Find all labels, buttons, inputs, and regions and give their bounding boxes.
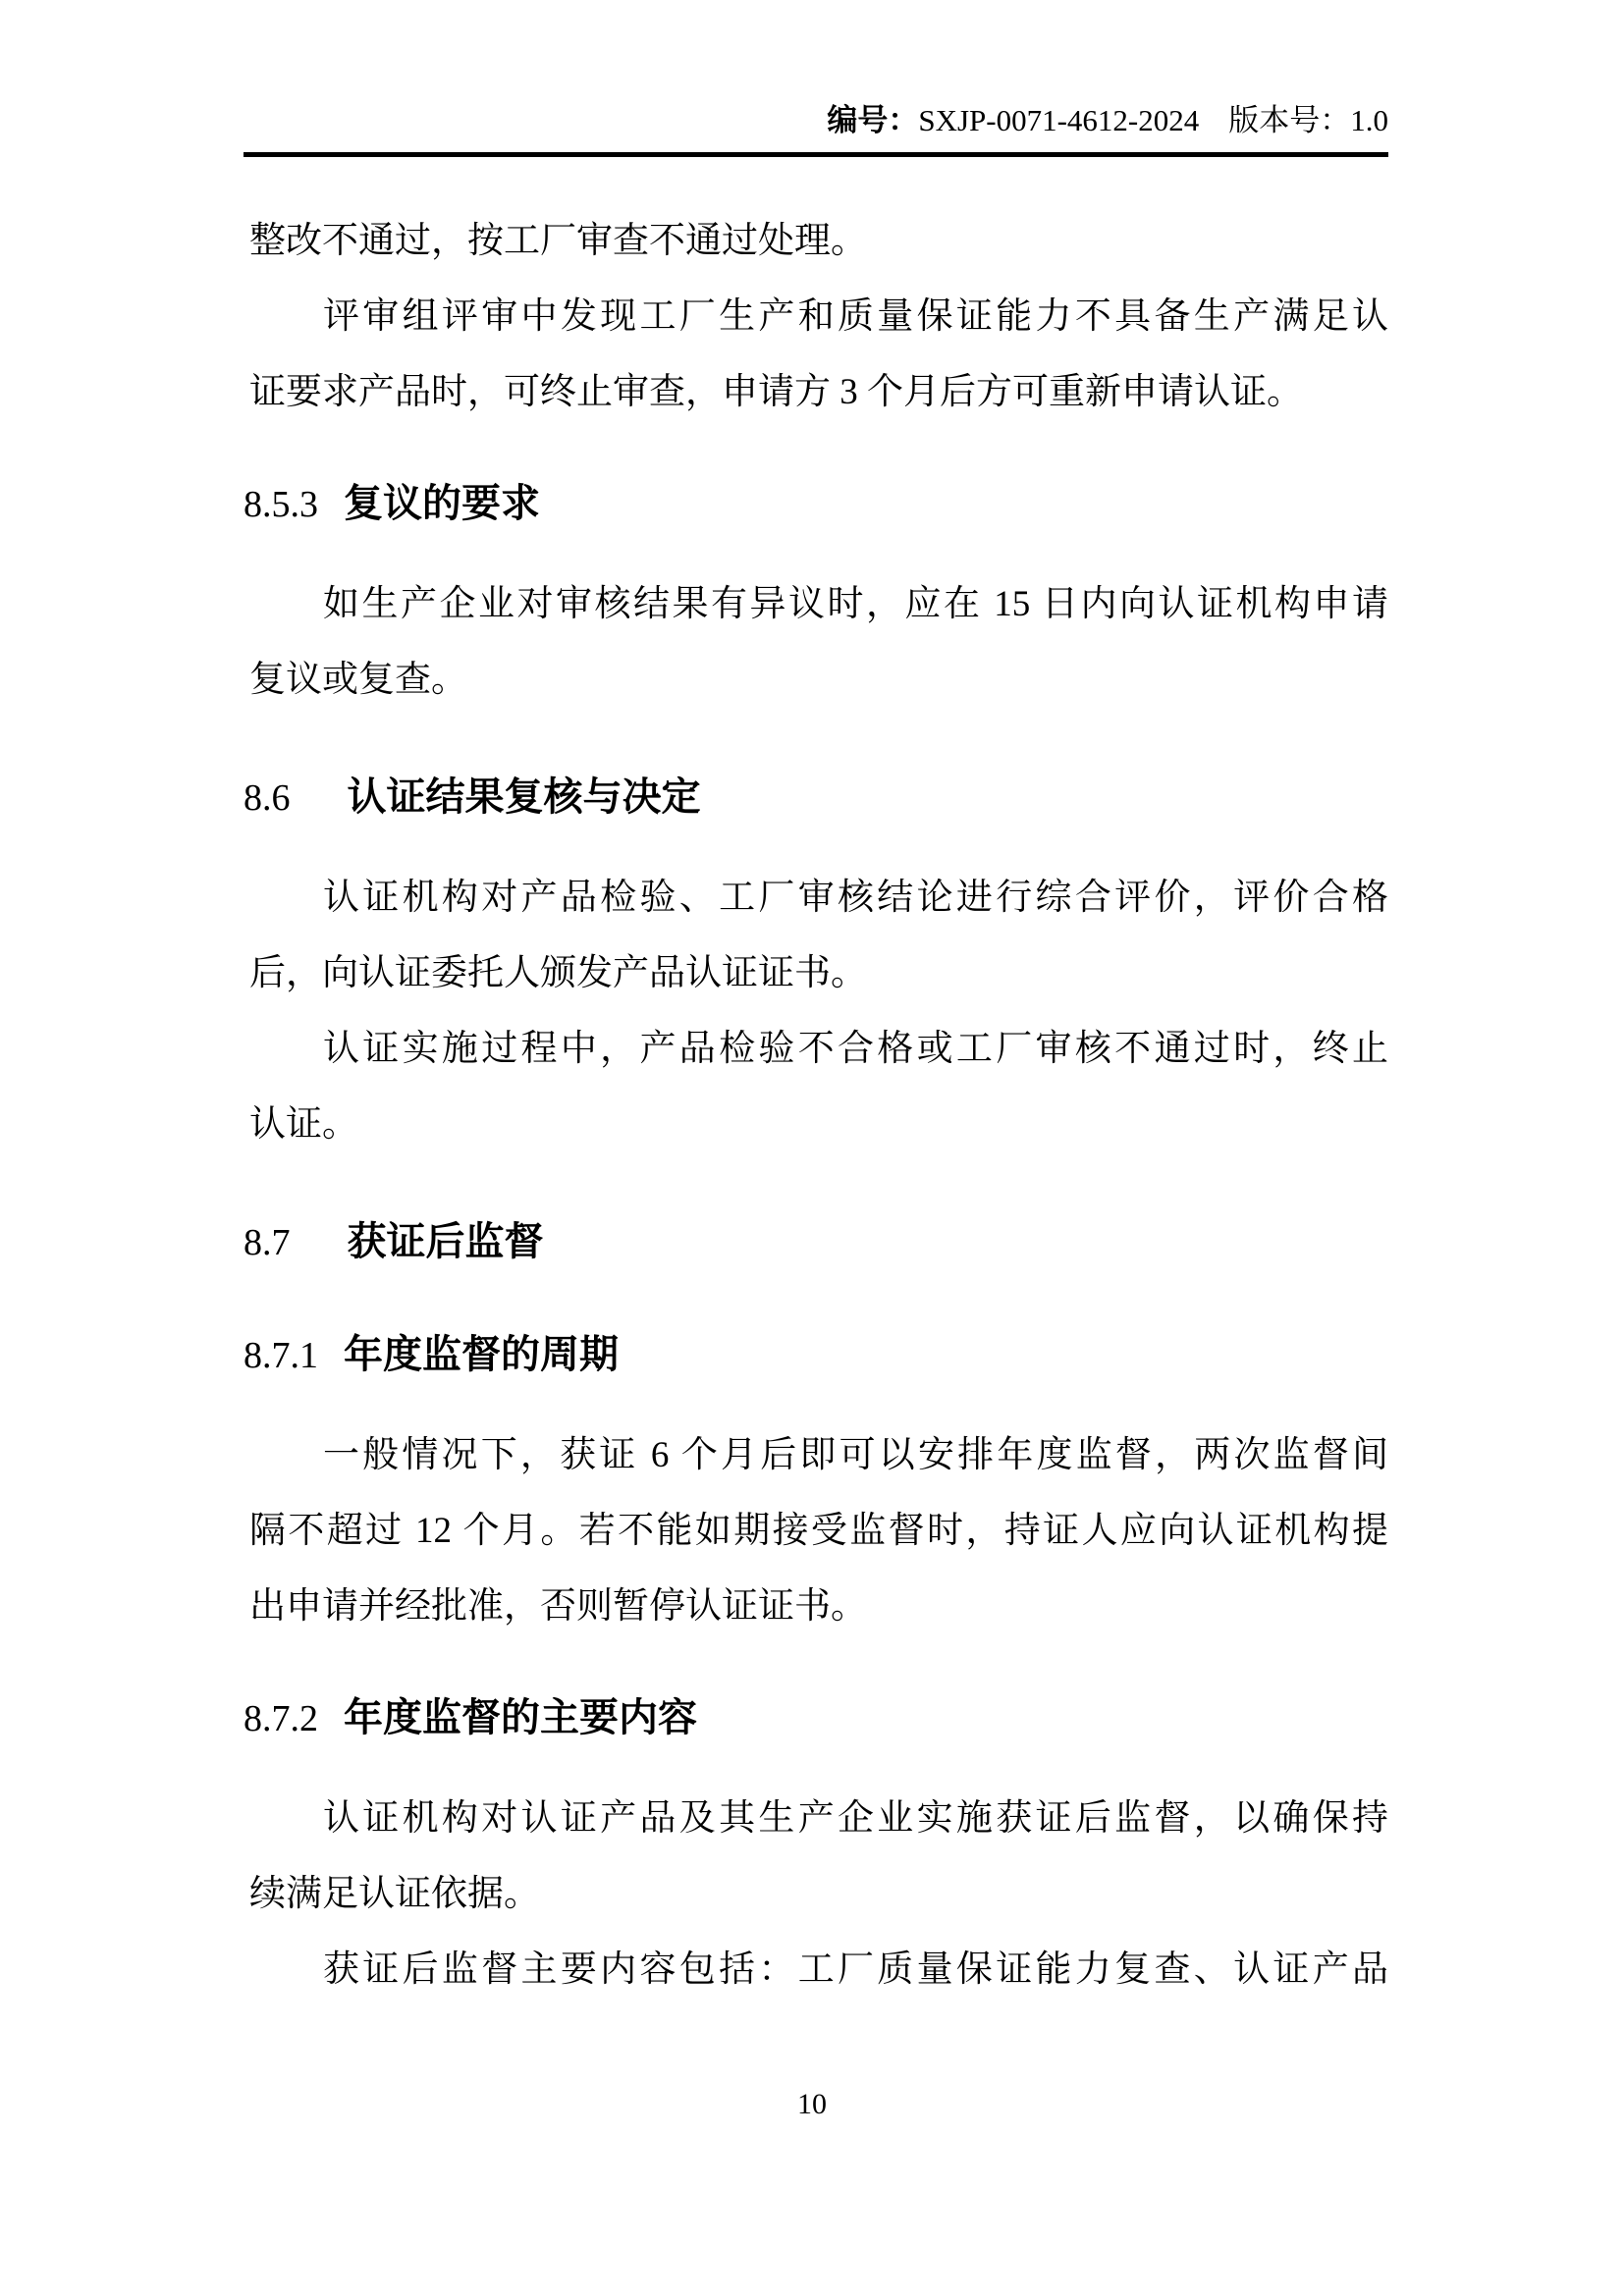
paragraph-line: 认证实施过程中，产品检验不合格或工厂审核不通过时，终止 [244, 1011, 1388, 1087]
header-divider [244, 152, 1388, 157]
paragraph-line: 一般情况下，获证 6 个月后即可以安排年度监督，两次监督间 [244, 1417, 1388, 1493]
page-header: 编号：SXJP-0071-4612-2024版本号：1.0 [244, 0, 1388, 143]
version-value: 1.0 [1350, 103, 1388, 137]
section-heading-8-7-2: 8.7.2 年度监督的主要内容 [244, 1680, 1388, 1757]
page-footer: 10 [0, 2085, 1624, 2124]
paragraph-line: 证要求产品时，可终止审查，申请方 3 个月后方可重新申请认证。 [244, 354, 1388, 430]
paragraph-line: 认证。 [244, 1087, 1388, 1162]
doc-number-value: SXJP-0071-4612-2024 [918, 103, 1199, 137]
heading-title: 年度监督的周期 [344, 1316, 619, 1392]
paragraph-line: 如生产企业对审核结果有异议时，应在 15 日内向认证机构申请 [244, 566, 1388, 642]
heading-number: 8.7.1 [244, 1318, 318, 1394]
section-heading-8-6: 8.6 认证结果复核与决定 [244, 759, 1388, 836]
document-page: 编号：SXJP-0071-4612-2024版本号：1.0 整改不通过，按工厂审… [0, 0, 1624, 2296]
heading-title: 复议的要求 [344, 465, 540, 541]
heading-number: 8.7.2 [244, 1682, 318, 1757]
paragraph-line: 后，向认证委托人颁发产品认证证书。 [244, 935, 1388, 1011]
heading-number: 8.7 [244, 1205, 291, 1281]
heading-number: 8.6 [244, 761, 291, 836]
paragraph-line: 复议或复查。 [244, 642, 1388, 718]
document-body: 整改不通过，按工厂审查不通过处理。 评审组评审中发现工厂生产和质量保证能力不具备… [244, 203, 1388, 2007]
paragraph-line: 出申请并经批准，否则暂停认证证书。 [244, 1569, 1388, 1644]
version-label: 版本号： [1228, 103, 1350, 137]
heading-title: 年度监督的主要内容 [344, 1680, 697, 1755]
page-number: 10 [797, 2088, 827, 2120]
paragraph-line: 获证后监督主要内容包括：工厂质量保证能力复查、认证产品 [244, 1932, 1388, 2007]
heading-title: 认证结果复核与决定 [348, 759, 701, 834]
paragraph-line: 评审组评审中发现工厂生产和质量保证能力不具备生产满足认 [244, 279, 1388, 354]
section-heading-8-7: 8.7 获证后监督 [244, 1203, 1388, 1281]
doc-number-label: 编号： [827, 103, 918, 137]
section-heading-8-5-3: 8.5.3 复议的要求 [244, 465, 1388, 543]
paragraph-line: 认证机构对产品检验、工厂审核结论进行综合评价，评价合格 [244, 860, 1388, 935]
paragraph-line: 整改不通过，按工厂审查不通过处理。 [244, 203, 1388, 279]
section-heading-8-7-1: 8.7.1 年度监督的周期 [244, 1316, 1388, 1394]
paragraph-line: 续满足认证依据。 [244, 1856, 1388, 1932]
content-column: 编号：SXJP-0071-4612-2024版本号：1.0 整改不通过，按工厂审… [244, 0, 1388, 2007]
paragraph-line: 隔不超过 12 个月。若不能如期接受监督时，持证人应向认证机构提 [244, 1493, 1388, 1569]
heading-number: 8.5.3 [244, 467, 318, 543]
heading-title: 获证后监督 [348, 1203, 544, 1279]
paragraph-line: 认证机构对认证产品及其生产企业实施获证后监督，以确保持 [244, 1781, 1388, 1856]
